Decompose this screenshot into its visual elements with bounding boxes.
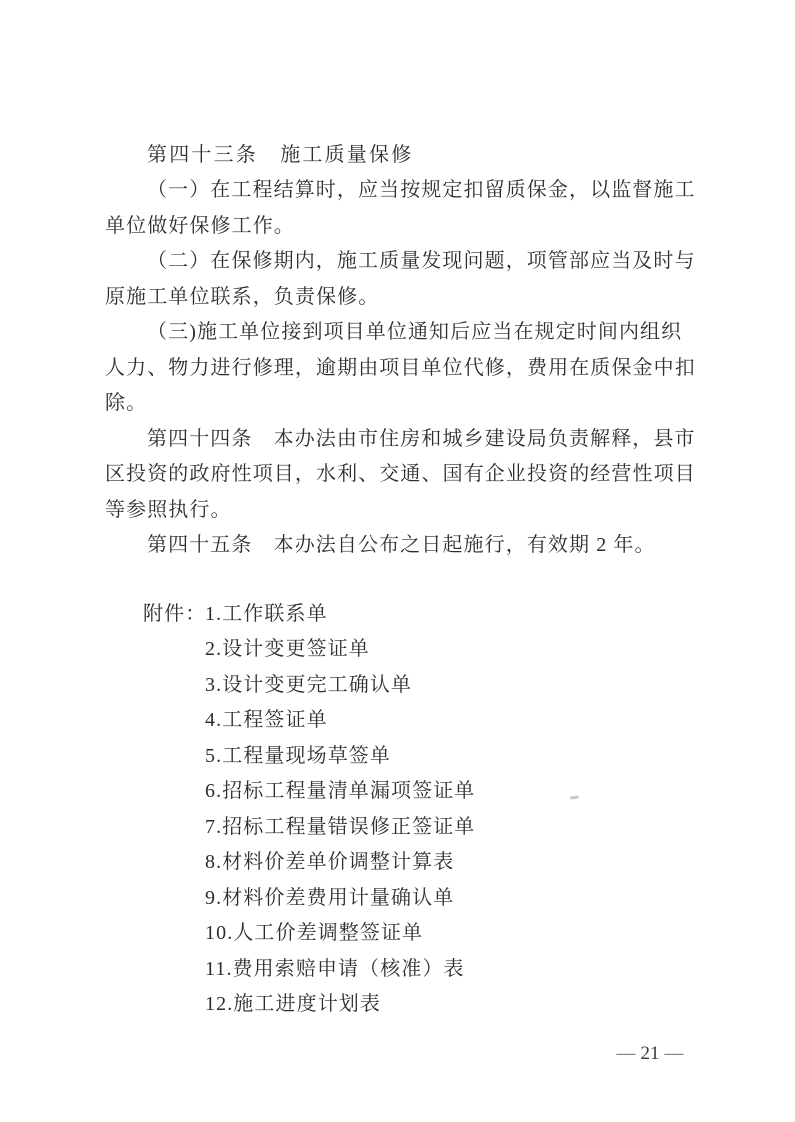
attachment-list-item: 10.人工价差调整签证单	[205, 916, 725, 951]
document-page: 第四十三条 施工质量保修 （一）在工程结算时，应当按规定扣留质保金，以监督施工 …	[0, 0, 795, 1122]
article-43-heading: 第四十三条 施工质量保修	[105, 138, 725, 173]
attachment-list-item: 5.工程量现场草签单	[205, 739, 725, 774]
attachment-list-item: 9.材料价差费用计量确认单	[205, 881, 725, 916]
attachments-section: 附件： 1.工作联系单 2.设计变更签证单 3.设计变更完工确认单 4.工程签证…	[105, 597, 725, 1022]
attachments-label: 附件：	[143, 597, 206, 632]
body-line: （三)施工单位接到项目单位通知后应当在规定时间内组织	[105, 315, 725, 350]
attachment-list-item: 1.工作联系单	[205, 597, 725, 632]
attachment-list-item: 12.施工进度计划表	[205, 987, 725, 1022]
document-body: 第四十三条 施工质量保修 （一）在工程结算时，应当按规定扣留质保金，以监督施工 …	[105, 138, 725, 563]
attachment-list-item: 3.设计变更完工确认单	[205, 668, 725, 703]
attachment-list-item: 4.工程签证单	[205, 703, 725, 738]
attachment-list-item: 11.费用索赔申请（核准）表	[205, 952, 725, 987]
body-line: （二）在保修期内，施工质量发现问题，项管部应当及时与	[105, 244, 725, 279]
footer-dash-right: —	[665, 1044, 684, 1063]
body-line: 人力、物力进行修理，逾期由项目单位代修，费用在质保金中扣	[105, 351, 725, 386]
page-number: —21—	[600, 1042, 700, 1066]
attachment-list-item: 7.招标工程量错误修正签证单	[205, 810, 725, 845]
article-44-line: 第四十四条 本办法由市住房和城乡建设局负责解释，县市	[105, 422, 725, 457]
footer-dash-left: —	[617, 1044, 636, 1063]
body-line: 原施工单位联系，负责保修。	[105, 280, 725, 315]
attachments-list: 1.工作联系单 2.设计变更签证单 3.设计变更完工确认单 4.工程签证单 5.…	[205, 597, 725, 1022]
attachment-list-item: 6.招标工程量清单漏项签证单	[205, 774, 725, 809]
body-line: 除。	[105, 386, 725, 421]
attachment-list-item: 2.设计变更签证单	[205, 632, 725, 667]
body-line: 区投资的政府性项目，水利、交通、国有企业投资的经营性项目	[105, 457, 725, 492]
body-line: 单位做好保修工作。	[105, 209, 725, 244]
article-45-line: 第四十五条 本办法自公布之日起施行，有效期 2 年。	[105, 528, 725, 563]
attachment-list-item: 8.材料价差单价调整计算表	[205, 845, 725, 880]
body-line: 等参照执行。	[105, 493, 725, 528]
body-line: （一）在工程结算时，应当按规定扣留质保金，以监督施工	[105, 173, 725, 208]
page-number-value: 21	[641, 1043, 660, 1064]
